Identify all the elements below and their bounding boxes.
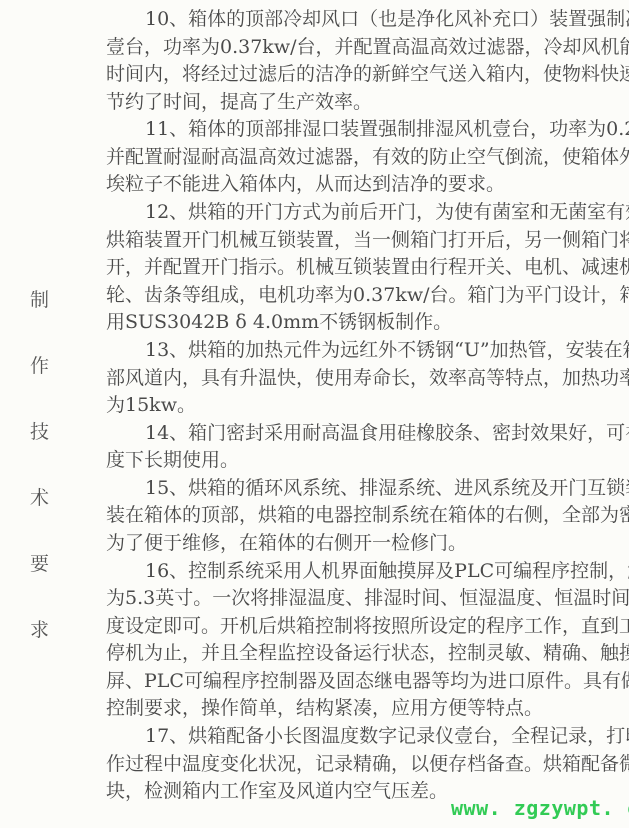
text-line: 停机为止，并且全程监控设备运行状态，控制灵敏、精确、触摸 bbox=[106, 640, 624, 668]
text-line: 开，并配置开门指示。机械互锁装置由行程开关、电机、减速机及齿 bbox=[106, 254, 624, 282]
text-line: 为了便于维修，在箱体的右侧开一检修门。 bbox=[106, 530, 624, 558]
text-line: 11、箱体的顶部排湿口装置强制排湿风机壹台，功率为0.25kw/台， bbox=[106, 116, 624, 144]
text-line: 16、控制系统采用人机界面触摸屏及PLC可编程序控制，触摸屏 bbox=[106, 558, 624, 586]
text-line: 节约了时间，提高了生产效率。 bbox=[106, 89, 624, 117]
vertical-label-char: 作 bbox=[30, 357, 49, 376]
text-line: 13、烘箱的加热元件为远红外不锈钢“U”加热管，安装在箱体顶 bbox=[106, 337, 624, 365]
document-body: 10、箱体的顶部冷却风口（也是净化风补充口）装置强制冷却风机壹台，功率为0.37… bbox=[106, 6, 624, 806]
vertical-label-char: 技 bbox=[30, 423, 49, 442]
text-line: 10、箱体的顶部冷却风口（也是净化风补充口）装置强制冷却风机 bbox=[106, 6, 624, 34]
vertical-label: 制作技术要求 bbox=[30, 291, 49, 640]
text-line: 装在箱体的顶部，烘箱的电器控制系统在箱体的右侧，全部为密闭式， bbox=[106, 502, 624, 530]
text-line: 15、烘箱的循环风系统、排湿系统、进风系统及开门互锁装置均安 bbox=[106, 475, 624, 503]
text-line: 烘箱装置开门机械互锁装置，当一侧箱门打开后，另一侧箱门将不能打 bbox=[106, 227, 624, 255]
text-line: 时间内，将经过过滤后的洁净的新鲜空气送入箱内，使物料快速冷却， bbox=[106, 61, 624, 89]
text-line: 为5.3英寸。一次将排湿温度、排湿时间、恒湿温度、恒温时间及停机温 bbox=[106, 585, 624, 613]
text-line: 并配置耐湿耐高温高效过滤器，有效的防止空气倒流，使箱体外界的尘 bbox=[106, 144, 624, 172]
text-line: 壹台，功率为0.37kw/台，并配置高温高效过滤器，冷却风机能在较短的 bbox=[106, 34, 624, 62]
vertical-label-char: 术 bbox=[30, 489, 49, 508]
text-line: 用SUS3042B δ 4.0mm不锈钢板制作。 bbox=[106, 309, 624, 337]
text-line: 17、烘箱配备小长图温度数字记录仪壹台，全程记录，打印整个工 bbox=[106, 723, 624, 751]
text-line: 屏、PLC可编程序控制器及固态继电器等均为进口原件。具有做到确保 bbox=[106, 668, 624, 696]
vertical-label-char: 制 bbox=[30, 291, 49, 310]
text-line: 埃粒子不能进入箱体内，从而达到洁净的要求。 bbox=[106, 171, 624, 199]
vertical-label-char: 求 bbox=[30, 621, 49, 640]
text-line: 部风道内，具有升温快，使用寿命长，效率高等特点，加热功率 bbox=[106, 365, 624, 393]
text-line: 轮、齿条等组成，电机功率为0.37kw/台。箱门为平门设计，箱门外板采 bbox=[106, 282, 624, 310]
vertical-label-char: 要 bbox=[30, 555, 49, 574]
text-line: 控制要求，操作简单，结构紧凑，应用方便等特点。 bbox=[106, 695, 624, 723]
text-line: 12、烘箱的开门方式为前后开门，为使有菌室和无菌室有效隔断， bbox=[106, 199, 624, 227]
text-line: 度设定即可。开机后烘箱控制将按照所设定的程序工作，直到工作室或 bbox=[106, 613, 624, 641]
text-line: 为15kw。 bbox=[106, 392, 624, 420]
text-line: 作过程中温度变化状况，记录精确，以便存档备查。烘箱配备微压差表2 bbox=[106, 751, 624, 779]
watermark-url: www. zgzywpt. cn bbox=[451, 796, 629, 820]
text-line: 度下长期使用。 bbox=[106, 447, 624, 475]
text-line: 14、箱门密封采用耐高温食用硅橡胶条、密封效果好，可在300℃温 bbox=[106, 420, 624, 448]
